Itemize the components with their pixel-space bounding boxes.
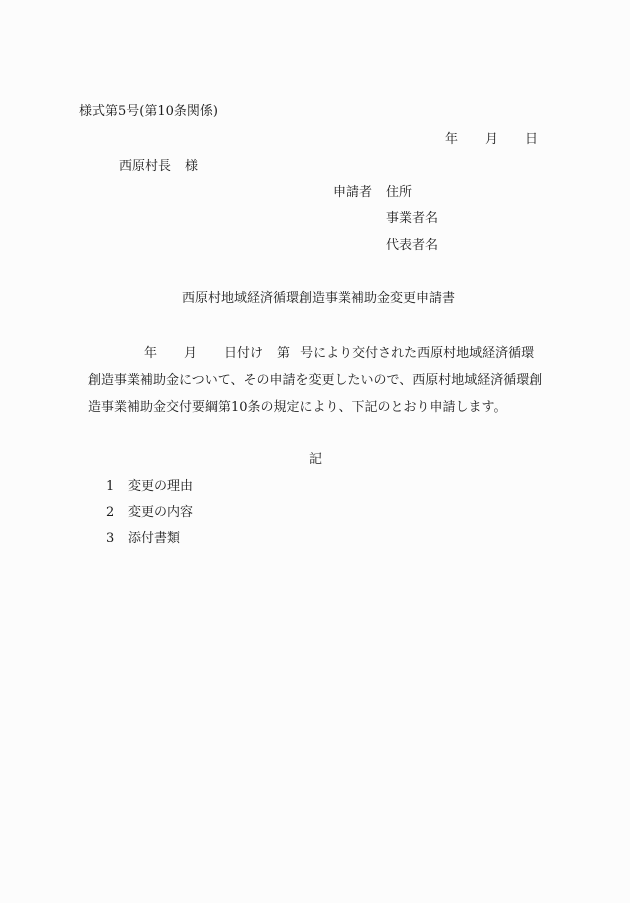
list-item: 2変更の内容 xyxy=(106,505,193,521)
applicant-business-name-label: 事業者名 xyxy=(386,211,438,227)
date-day: 日 xyxy=(525,132,538,147)
list-item: 3添付書類 xyxy=(106,531,180,547)
date-year: 年 xyxy=(445,132,458,147)
list-item-number: 3 xyxy=(106,531,128,547)
form-number: 様式第5号(第10条関係) xyxy=(79,104,218,120)
addressee-honorific: 様 xyxy=(185,159,198,174)
applicant-address-label: 住所 xyxy=(386,185,412,201)
date-month: 月 xyxy=(485,132,498,147)
date-line: 年月日 xyxy=(445,132,538,148)
body-line-2: 創造事業補助金について、その申請を変更したいので、西原村地域経済循環創 xyxy=(88,367,548,394)
body-line-3: 造事業補助金交付要綱第10条の規定により、下記のとおり申請します。 xyxy=(88,394,548,421)
body-line-1: 年月日付け第号により交付された西原村地域経済循環 xyxy=(88,340,548,367)
body-paragraph: 年月日付け第号により交付された西原村地域経済循環 創造事業補助金について、その申… xyxy=(88,340,548,421)
list-item-label: 変更の理由 xyxy=(128,479,193,494)
list-item: 1変更の理由 xyxy=(106,479,193,495)
applicant-representative-label: 代表者名 xyxy=(386,238,438,254)
list-item-number: 1 xyxy=(106,479,128,495)
addressee: 西原村長様 xyxy=(119,159,198,175)
list-item-number: 2 xyxy=(106,505,128,521)
list-item-label: 添付書類 xyxy=(128,531,180,546)
list-item-label: 変更の内容 xyxy=(128,505,193,520)
applicant-label: 申請者 xyxy=(333,185,372,201)
addressee-name: 西原村長 xyxy=(119,159,171,174)
ki-heading: 記 xyxy=(309,452,322,468)
document-title: 西原村地域経済循環創造事業補助金変更申請書 xyxy=(182,291,455,307)
